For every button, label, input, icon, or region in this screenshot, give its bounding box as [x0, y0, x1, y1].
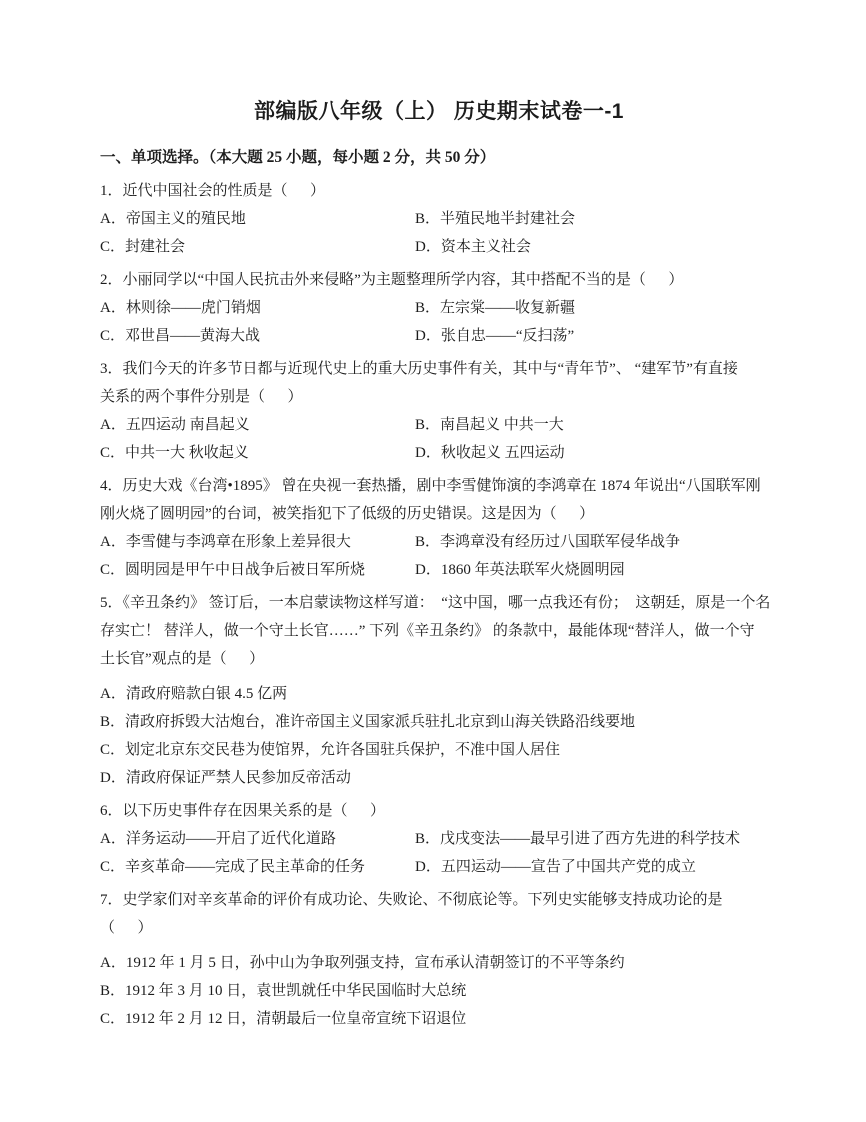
- question-6-option-A: A．洋务运动——开启了近代化道路: [100, 825, 415, 853]
- options-row: A．洋务运动——开启了近代化道路B．戊戌变法——最早引进了西方先进的科学技术: [100, 825, 778, 853]
- question-list: 1．近代中国社会的性质是（ ）A．帝国主义的殖民地B．半殖民地半封建社会C．封建…: [100, 177, 778, 1033]
- question-5-option-B: B．清政府拆毁大沽炮台，准许帝国主义国家派兵驻扎北京到山海关铁路沿线要地: [100, 708, 778, 736]
- question-5-stem-line: 土长官”观点的是（ ）: [100, 645, 778, 673]
- question-6: 6．以下历史事件存在因果关系的是（ ）A．洋务运动——开启了近代化道路B．戊戌变…: [100, 797, 778, 881]
- question-3: 3．我们今天的许多节日都与近现代史上的重大历史事件有关，其中与“青年节”、 “建…: [100, 355, 778, 467]
- question-5-option-D: D．清政府保证严禁人民参加反帝活动: [100, 764, 778, 792]
- question-6-option-B: B．戊戌变法——最早引进了西方先进的科学技术: [415, 825, 778, 853]
- question-4: 4．历史大戏《台湾•1895》 曾在央视一套热播，剧中李雪健饰演的李鸿章在 18…: [100, 472, 778, 584]
- exam-page: 部编版八年级（上） 历史期末试卷一-1 一、单项选择。（本大题 25 小题，每小…: [0, 0, 866, 1122]
- question-2-option-D: D．张自忠——“反扫荡”: [415, 322, 778, 350]
- question-2-options: A．林则徐——虎门销烟B．左宗棠——收复新疆C．邓世昌——黄海大战D．张自忠——…: [100, 294, 778, 350]
- question-2-stem-line: 2．小丽同学以“中国人民抗击外来侵略”为主题整理所学内容，其中搭配不当的是（ ）: [100, 266, 778, 294]
- question-3-option-B: B．南昌起义 中共一大: [415, 411, 778, 439]
- question-5-stem-line: 5．《辛丑条约》 签订后，一本启蒙读物这样写道： “这中国，哪一点我还有份； 这…: [100, 589, 778, 617]
- options-row: C．圆明园是甲午中日战争后被日军所烧D．1860 年英法联军火烧圆明园: [100, 556, 778, 584]
- question-4-option-D: D．1860 年英法联军火烧圆明园: [415, 556, 778, 584]
- question-3-stem-line: 关系的两个事件分别是（ ）: [100, 383, 778, 411]
- question-1-option-A: A．帝国主义的殖民地: [100, 205, 415, 233]
- question-7-option-B: B．1912 年 3 月 10 日，袁世凯就任中华民国临时大总统: [100, 977, 778, 1005]
- question-3-option-A: A．五四运动 南昌起义: [100, 411, 415, 439]
- question-4-option-A: A．李雪健与李鸿章在形象上差异很大: [100, 528, 415, 556]
- options-row: A．帝国主义的殖民地B．半殖民地半封建社会: [100, 205, 778, 233]
- question-3-stem-line: 3．我们今天的许多节日都与近现代史上的重大历史事件有关，其中与“青年节”、 “建…: [100, 355, 778, 383]
- question-1-options: A．帝国主义的殖民地B．半殖民地半封建社会C．封建社会D．资本主义社会: [100, 205, 778, 261]
- question-7-stem-line: （ ）: [100, 914, 778, 942]
- options-row: C．邓世昌——黄海大战D．张自忠——“反扫荡”: [100, 322, 778, 350]
- options-row: C．辛亥革命——完成了民主革命的任务D．五四运动——宣告了中国共产党的成立: [100, 853, 778, 881]
- page-title: 部编版八年级（上） 历史期末试卷一-1: [100, 96, 778, 128]
- question-1-stem-line: 1．近代中国社会的性质是（ ）: [100, 177, 778, 205]
- options-row: A．林则徐——虎门销烟B．左宗棠——收复新疆: [100, 294, 778, 322]
- question-7-option-A: A．1912 年 1 月 5 日，孙中山为争取列强支持，宣布承认清朝签订的不平等…: [100, 949, 778, 977]
- question-6-option-D: D．五四运动——宣告了中国共产党的成立: [415, 853, 778, 881]
- question-3-option-C: C．中共一大 秋收起义: [100, 439, 415, 467]
- question-4-stem-line: 4．历史大戏《台湾•1895》 曾在央视一套热播，剧中李雪健饰演的李鸿章在 18…: [100, 472, 778, 500]
- question-3-options: A．五四运动 南昌起义B．南昌起义 中共一大C．中共一大 秋收起义D．秋收起义 …: [100, 411, 778, 467]
- question-6-options: A．洋务运动——开启了近代化道路B．戊戌变法——最早引进了西方先进的科学技术C．…: [100, 825, 778, 881]
- question-5: 5．《辛丑条约》 签订后，一本启蒙读物这样写道： “这中国，哪一点我还有份； 这…: [100, 589, 778, 792]
- question-5-option-C: C．划定北京东交民巷为使馆界，允许各国驻兵保护，不准中国人居住: [100, 736, 778, 764]
- question-1-option-D: D．资本主义社会: [415, 233, 778, 261]
- question-3-option-D: D．秋收起义 五四运动: [415, 439, 778, 467]
- options-row: A．五四运动 南昌起义B．南昌起义 中共一大: [100, 411, 778, 439]
- question-4-options: A．李雪健与李鸿章在形象上差异很大B．李鸿章没有经历过八国联军侵华战争C．圆明园…: [100, 528, 778, 584]
- options-row: A．李雪健与李鸿章在形象上差异很大B．李鸿章没有经历过八国联军侵华战争: [100, 528, 778, 556]
- question-6-stem-line: 6．以下历史事件存在因果关系的是（ ）: [100, 797, 778, 825]
- question-2: 2．小丽同学以“中国人民抗击外来侵略”为主题整理所学内容，其中搭配不当的是（ ）…: [100, 266, 778, 350]
- question-7-option-C: C．1912 年 2 月 12 日，清朝最后一位皇帝宣统下诏退位: [100, 1005, 778, 1033]
- question-1-option-B: B．半殖民地半封建社会: [415, 205, 778, 233]
- question-1: 1．近代中国社会的性质是（ ）A．帝国主义的殖民地B．半殖民地半封建社会C．封建…: [100, 177, 778, 261]
- question-5-option-A: A．清政府赔款白银 4.5 亿两: [100, 680, 778, 708]
- question-2-option-B: B．左宗棠——收复新疆: [415, 294, 778, 322]
- section-heading: 一、单项选择。（本大题 25 小题，每小题 2 分，共 50 分）: [100, 144, 778, 172]
- options-row: C．中共一大 秋收起义D．秋收起义 五四运动: [100, 439, 778, 467]
- question-6-option-C: C．辛亥革命——完成了民主革命的任务: [100, 853, 415, 881]
- question-4-stem-line: 刚火烧了圆明园”的台词，被笑指犯下了低级的历史错误。这是因为（ ）: [100, 500, 778, 528]
- options-row: C．封建社会D．资本主义社会: [100, 233, 778, 261]
- question-7-stem-line: 7．史学家们对辛亥革命的评价有成功论、失败论、不彻底论等。下列史实能够支持成功论…: [100, 886, 778, 914]
- question-7: 7．史学家们对辛亥革命的评价有成功论、失败论、不彻底论等。下列史实能够支持成功论…: [100, 886, 778, 1033]
- question-4-option-B: B．李鸿章没有经历过八国联军侵华战争: [415, 528, 778, 556]
- question-7-options: A．1912 年 1 月 5 日，孙中山为争取列强支持，宣布承认清朝签订的不平等…: [100, 949, 778, 1033]
- question-2-option-C: C．邓世昌——黄海大战: [100, 322, 415, 350]
- question-5-stem-line: 存实亡！ 替洋人，做一个守土长官……” 下列《辛丑条约》 的条款中，最能体现“替…: [100, 617, 778, 645]
- question-1-option-C: C．封建社会: [100, 233, 415, 261]
- question-2-option-A: A．林则徐——虎门销烟: [100, 294, 415, 322]
- question-4-option-C: C．圆明园是甲午中日战争后被日军所烧: [100, 556, 415, 584]
- question-5-options: A．清政府赔款白银 4.5 亿两B．清政府拆毁大沽炮台，准许帝国主义国家派兵驻扎…: [100, 680, 778, 792]
